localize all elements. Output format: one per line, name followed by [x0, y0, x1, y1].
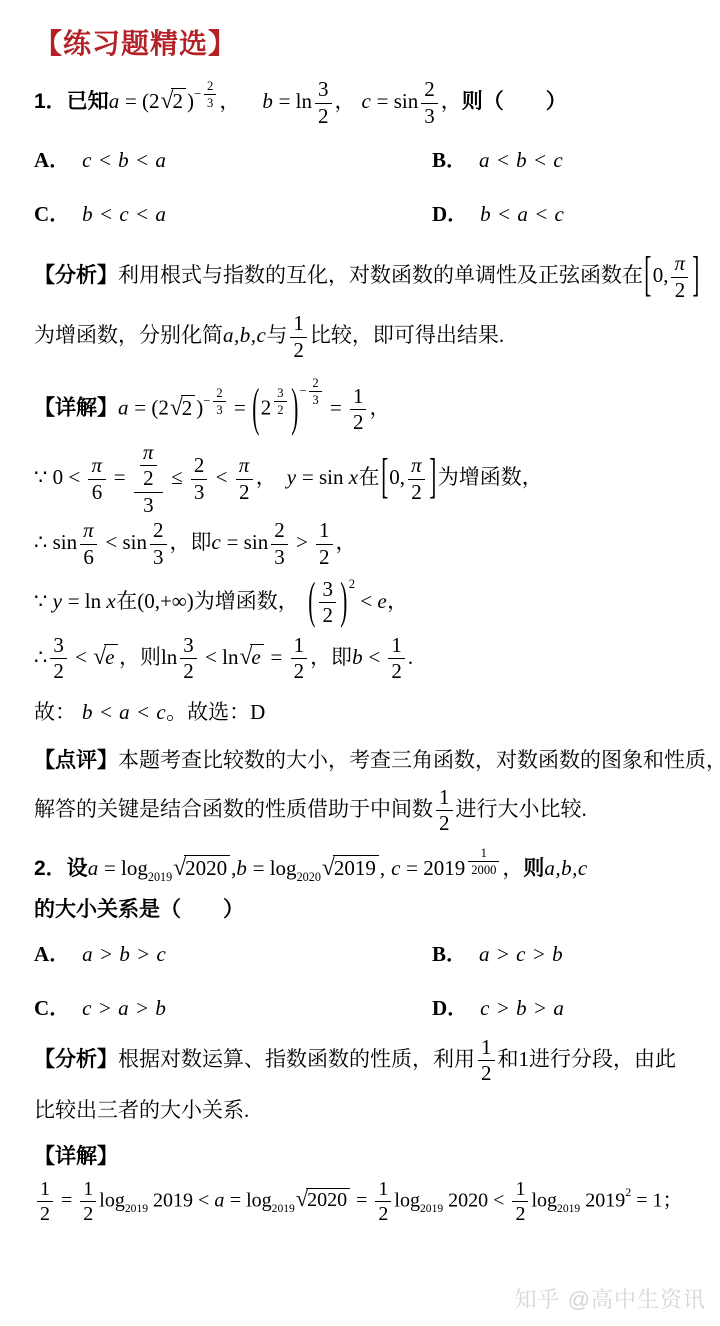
analysis1-l2: 为增函数，分别化简a,b,c与12比较，即可得出结果.	[34, 312, 694, 362]
comment1-l2: 解答的关键是结合函数的性质借助于中间数12进行大小比较.	[34, 786, 694, 836]
detail1-l2: ∵ 0 < π6 = π23 ≤ 23 < π2，y = sin x在[0,π2…	[34, 441, 694, 518]
radical: √2	[161, 86, 186, 118]
option-formula: c > b > a	[480, 996, 564, 1020]
big-delimiter: [	[644, 242, 651, 307]
option-A: A．a > b > c	[34, 938, 432, 968]
radical: √2	[170, 393, 195, 425]
document-blocks: 1．已知a = (2√2)−23，b = ln32，c = sin23，则（ ）…	[34, 78, 694, 1225]
page-title: 【练习题精选】	[34, 22, 694, 62]
big-delimiter: ]	[693, 242, 700, 307]
big-delimiter: (	[308, 566, 315, 635]
detail1-l5: ∴32 < √e，则ln32 < ln√e = 12，即b < 12.	[34, 634, 694, 684]
option-letter: C．	[34, 202, 70, 226]
watermark: 知乎 @高中生资讯	[515, 1283, 706, 1314]
option-D: D．c > b > a	[432, 992, 694, 1022]
comment1-l1: 【点评】本题考查比较数的大小，考查三角函数，对数函数的图象和性质，	[34, 746, 694, 775]
option-formula: c > a > b	[82, 996, 166, 1020]
detail1-l4: ∵ y = ln x在(0,+∞)为增函数，(32)2 < e，	[34, 578, 694, 628]
q2-stem-l2: 的大小关系是（ ）	[34, 895, 694, 924]
q2-stem-l1: 2．设a = log2019√2020,b = log2020√2019,c =…	[34, 846, 694, 885]
option-letter: A．	[34, 148, 70, 172]
option-letter: B．	[432, 148, 467, 172]
option-C: C．b < c < a	[34, 198, 432, 228]
big-delimiter: )	[340, 566, 347, 635]
radical: √e	[239, 642, 264, 674]
option-letter: D．	[432, 996, 468, 1020]
option-B: B．a < b < c	[432, 144, 694, 174]
option-formula: a < b < c	[479, 148, 563, 172]
option-letter: C．	[34, 996, 70, 1020]
big-delimiter: (	[252, 371, 259, 443]
detail1-l6: 故：b < a < c。故选：D	[34, 698, 694, 726]
analysis2-l1: 【分析】根据对数运算、指数函数的性质，利用12和1进行分段，由此	[34, 1036, 694, 1086]
big-delimiter: [	[381, 444, 388, 509]
option-letter: B．	[432, 942, 467, 966]
option-letter: D．	[432, 202, 468, 226]
option-formula: b < a < c	[480, 202, 564, 226]
detail1-l1: 【详解】a = (2√2)−23 = (232)−23 = 12，	[34, 376, 694, 435]
option-formula: b < c < a	[82, 202, 166, 226]
option-D: D．b < a < c	[432, 198, 694, 228]
detail1-l3: ∴ sinπ6 < sin23，即c = sin23 > 12，	[34, 519, 694, 569]
detail2-formula: 12 = 12log2019 2019 < a = log2019√2020 =…	[34, 1178, 694, 1226]
option-A: A．c < b < a	[34, 144, 432, 174]
radical: √2019	[322, 853, 379, 885]
analysis2-l2: 比较出三者的大小关系.	[34, 1096, 694, 1124]
option-formula: a > c > b	[479, 942, 563, 966]
q1-options: A．c < b < aB．a < b < cC．b < c < aD．b < a…	[34, 144, 694, 228]
option-formula: c < b < a	[82, 148, 166, 172]
big-delimiter: ]	[429, 444, 436, 509]
page: 【练习题精选】 1．已知a = (2√2)−23，b = ln32，c = si…	[0, 0, 720, 1326]
radical: √2020	[173, 853, 230, 885]
option-letter: A．	[34, 942, 70, 966]
radical: √e	[93, 642, 118, 674]
detail2-label: 【详解】	[34, 1142, 694, 1171]
radical: √2020	[296, 1184, 350, 1214]
option-C: C．c > a > b	[34, 992, 432, 1022]
document-body: 【练习题精选】 1．已知a = (2√2)−23，b = ln32，c = si…	[0, 0, 720, 1225]
analysis1-l1: 【分析】利用根式与指数的互化，对数函数的单调性及正弦函数在[0,π2]	[34, 252, 694, 302]
option-formula: a > b > c	[82, 942, 166, 966]
big-delimiter: )	[291, 371, 298, 443]
q1-stem: 1．已知a = (2√2)−23，b = ln32，c = sin23，则（ ）	[34, 78, 694, 128]
option-B: B．a > c > b	[432, 938, 694, 968]
q2-options: A．a > b > cB．a > c > bC．c > a > bD．c > b…	[34, 938, 694, 1022]
